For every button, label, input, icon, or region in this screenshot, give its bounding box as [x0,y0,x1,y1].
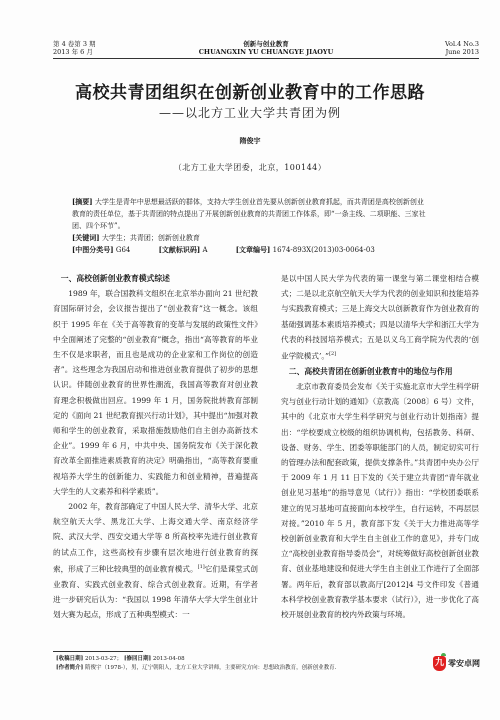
watermark-logo: 九 零安卓网 [433,652,488,674]
author-bio-row: [作者简介] 隋俊宇（1978-），男，辽宁朝阳人，北方工业大学讲师，主要研究方… [56,664,336,673]
dates-row: [收稿日期] 2013-03-27； [修回日期] 2013-04-08 [56,655,336,664]
right-column: 是以中国人民大学为代表的第一课堂与第二课堂相结合模式；二是以北京航空航天大学为代… [281,271,479,622]
revised-label: [修回日期] [124,656,151,662]
keywords-text: 大学生；共青团；创新创业教育 [102,234,200,242]
footnote-divider [53,651,143,652]
citation-1: [1] [198,564,205,570]
volume-issue-en: Vol.4 No.3 [445,40,479,48]
paper-subtitle: ——以北方工业大学共青团为例 [0,104,500,121]
revised-date: 2013-04-08 [153,656,185,662]
journal-header: 第 4 卷第 3 期 2013 年 6 月 创新与创业教育 CHUANGXIN … [53,38,479,59]
issue-date-en: June 2013 [445,48,479,56]
issue-info-en: Vol.4 No.3 June 2013 [445,40,479,56]
article-no-label: [文章编号] [236,245,271,254]
abstract-text: 大学生是青年中思想最活跃的群体，支持大学生创业首先要从创新创业教育抓起，而共青团… [72,198,426,230]
paragraph-3: 北京市教育委员会发布《关于实施北京市大学生科学研究与创业行动计划的通知》（京教高… [281,379,479,622]
journal-name: 创新与创业教育 CHUANGXIN YU CHUANGYE JIAOYU [53,40,479,56]
paragraph-2-text: 2002 年，教育部确定了中国人民大学、清华大学、北京航空航天大学、黑龙江大学、… [53,502,258,573]
clc-value: G64 [116,246,131,254]
journal-name-en: CHUANGXIN YU CHUANGYE JIAOYU [53,48,479,56]
section-heading-2: 二、高校共青团在创新创业教育中的地位与作用 [281,364,479,379]
doc-code-label: [文献标识码] [159,245,201,254]
received-label: [收稿日期] [56,656,83,662]
abstract-block: [摘要] 大学生是青年中思想最活跃的群体，支持大学生创业首先要从创新创业教育抓起… [72,196,428,256]
paragraph-continued: 是以中国人民大学为代表的第一课堂与第二课堂相结合模式；二是以北京航空航天大学为代… [281,271,479,364]
author-bio-text: 隋俊宇（1978-），男，辽宁朝阳人，北方工业大学讲师，主要研究方向：思想政治教… [85,665,336,671]
received-date: 2013-03-27； [85,656,122,662]
paragraph-continued-text: 是以中国人民大学为代表的第一课堂与第二课堂相结合模式；二是以北京航空航天大学为代… [281,274,479,361]
journal-name-cn: 创新与创业教育 [53,40,479,48]
keywords-label: [关键词] [72,233,100,242]
classification-row: [中图分类号] G64 [文献标识码] A [文章编号] 1674-893X(2… [72,244,428,256]
footnote: [收稿日期] 2013-03-27； [修回日期] 2013-04-08 [作者… [56,655,336,673]
abstract: [摘要] 大学生是青年中思想最活跃的群体，支持大学生创业首先要从创新创业教育抓起… [72,196,428,232]
keywords: [关键词] 大学生；共青团；创新创业教育 [72,232,428,244]
author-bio-label: [作者简介] [56,665,83,671]
article-no-value: 1674-893X(2013)03-0064-03 [273,246,375,254]
author-name: 隋俊宇 [0,136,500,146]
paragraph-1: 1989 年，联合国教科文组织在北京举办面向 21 世纪教育国际研讨会，会议报告… [53,286,258,499]
doc-code-value: A [202,246,207,254]
watermark-text: 零安卓网 [448,658,480,669]
section-heading-1: 一、高校创新创业教育模式综述 [53,271,258,286]
paragraph-2: 2002 年，教育部确定了中国人民大学、清华大学、北京航空航天大学、黑龙江大学、… [53,499,258,622]
watermark-badge-icon: 九 [433,656,446,671]
left-column: 一、高校创新创业教育模式综述 1989 年，联合国教科文组织在北京举办面向 21… [53,271,258,622]
author-affiliation: （北方工业大学团委，北京，100144） [0,162,500,173]
clc-label: [中图分类号] [72,245,114,254]
paper-title: 高校共青团组织在创新创业教育中的工作思路 [0,78,500,103]
abstract-label: [摘要] [72,197,93,206]
citation-2: [2] [329,351,336,357]
